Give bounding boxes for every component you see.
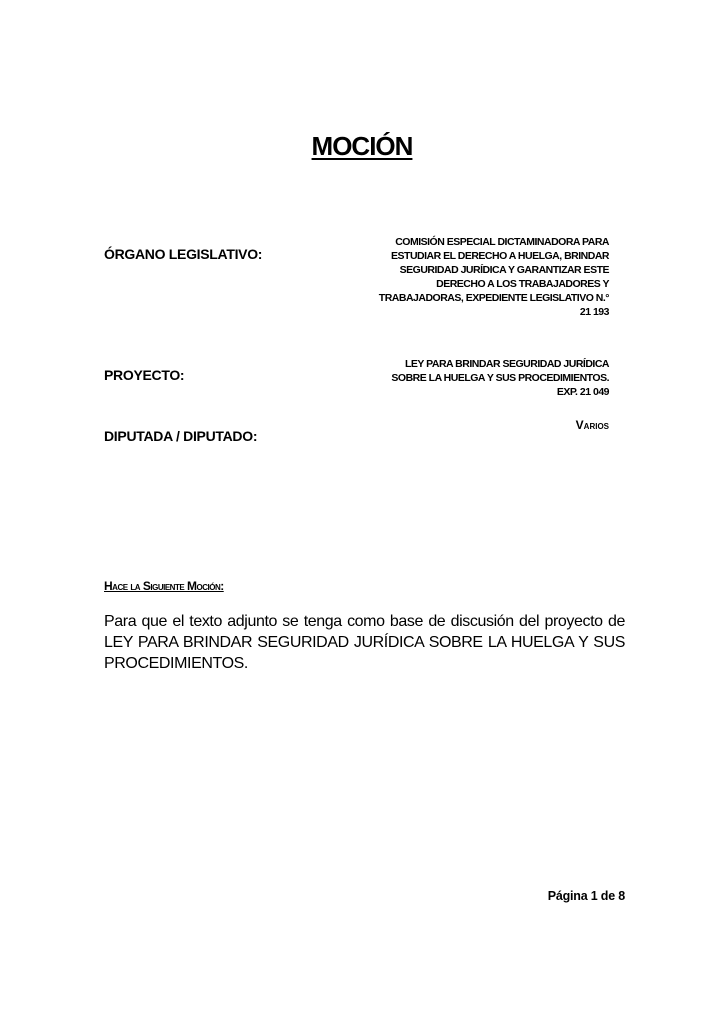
value-line: 21 193: [319, 305, 609, 319]
document-page: MOCIÓN ÓRGANO LEGISLATIVO: COMISIÓN ESPE…: [0, 0, 724, 1024]
field-value-organo-legislativo: COMISIÓN ESPECIAL DICTAMINADORA PARA EST…: [319, 235, 609, 319]
body-paragraph: Para que el texto adjunto se tenga como …: [104, 611, 625, 674]
value-line: SEGURIDAD JURÍDICA Y GARANTIZAR ESTE: [319, 263, 609, 277]
section-heading: Hace la Siguiente Moción:: [104, 579, 224, 593]
document-title: MOCIÓN: [0, 131, 724, 162]
field-value-proyecto: LEY PARA BRINDAR SEGURIDAD JURÍDICA SOBR…: [319, 357, 609, 399]
value-line: COMISIÓN ESPECIAL DICTAMINADORA PARA: [319, 235, 609, 249]
value-line: TRABAJADORAS, EXPEDIENTE LEGISLATIVO N.°: [319, 291, 609, 305]
field-label-diputado: DIPUTADA / DIPUTADO:: [104, 428, 257, 444]
field-label-organo-legislativo: ÓRGANO LEGISLATIVO:: [104, 246, 262, 262]
page-number: Página 1 de 8: [548, 889, 625, 903]
value-line: EXP. 21 049: [319, 385, 609, 399]
field-label-proyecto: PROYECTO:: [104, 367, 184, 383]
value-line: SOBRE LA HUELGA Y SUS PROCEDIMIENTOS.: [319, 371, 609, 385]
field-value-diputado: Varios: [576, 418, 609, 432]
value-line: DERECHO A LOS TRABAJADORES Y: [319, 277, 609, 291]
value-line: ESTUDIAR EL DERECHO A HUELGA, BRINDAR: [319, 249, 609, 263]
value-line: LEY PARA BRINDAR SEGURIDAD JURÍDICA: [319, 357, 609, 371]
